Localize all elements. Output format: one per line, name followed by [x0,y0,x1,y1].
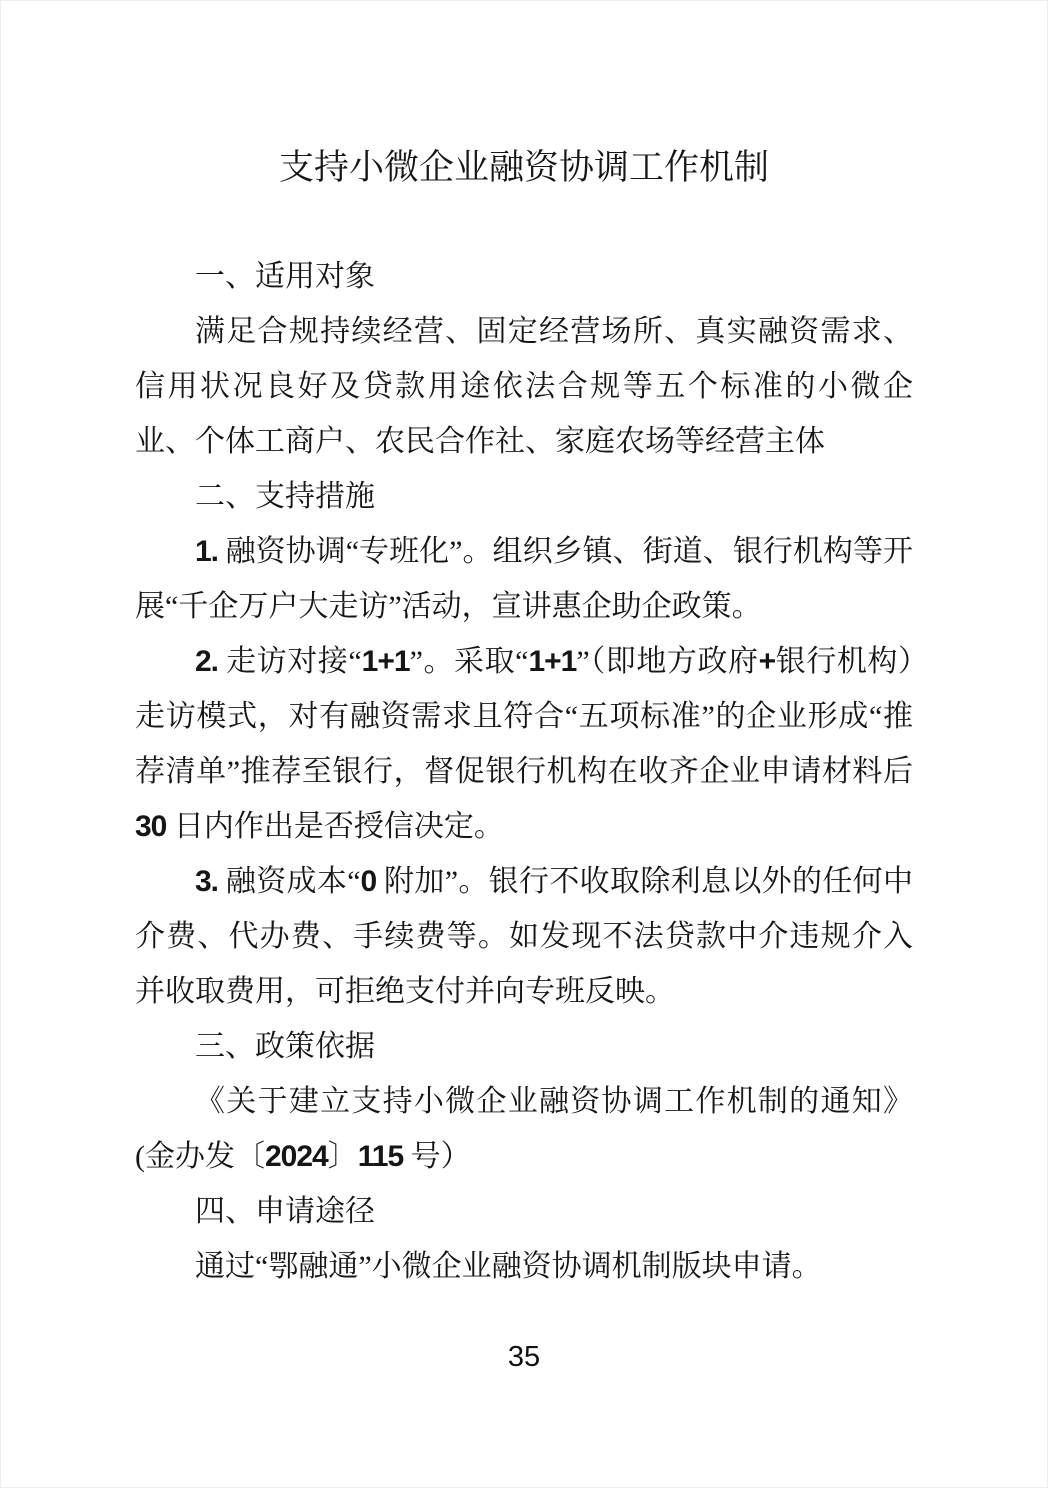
paragraph: 2. 走访对接“1+1”。采取“1+1”（即地方政府+银行机构）走访模式，对有融… [135,634,913,854]
page-number: 35 [1,1341,1047,1374]
document-page: 支持小微企业融资协调工作机制 一、适用对象 满足合规持续经营、固定经营场所、真实… [0,0,1048,1488]
section-policy-basis: 三、政策依据 《关于建立支持小微企业融资协调工作机制的通知》(金办发〔2024〕… [135,1019,913,1184]
section-heading: 三、政策依据 [135,1019,913,1074]
section-application-channel: 四、申请途径 通过“鄂融通”小微企业融资协调机制版块申请。 [135,1184,913,1294]
document-body: 一、适用对象 满足合规持续经营、固定经营场所、真实融资需求、信用状况良好及贷款用… [135,249,913,1294]
paragraph: 1. 融资协调“专班化”。组织乡镇、街道、银行机构等开展“千企万户大走访”活动，… [135,524,913,634]
section-heading: 一、适用对象 [135,249,913,304]
paragraph: 《关于建立支持小微企业融资协调工作机制的通知》(金办发〔2024〕115 号） [135,1074,913,1184]
document-title: 支持小微企业融资协调工作机制 [1,1,1047,188]
section-support-measures: 二、支持措施 1. 融资协调“专班化”。组织乡镇、街道、银行机构等开展“千企万户… [135,469,913,1019]
section-heading: 四、申请途径 [135,1184,913,1239]
paragraph: 满足合规持续经营、固定经营场所、真实融资需求、信用状况良好及贷款用途依法合规等五… [135,304,913,469]
section-heading: 二、支持措施 [135,469,913,524]
paragraph: 通过“鄂融通”小微企业融资协调机制版块申请。 [135,1239,913,1294]
section-applicable-targets: 一、适用对象 满足合规持续经营、固定经营场所、真实融资需求、信用状况良好及贷款用… [135,249,913,469]
paragraph: 3. 融资成本“0 附加”。银行不收取除利息以外的任何中介费、代办费、手续费等。… [135,854,913,1019]
